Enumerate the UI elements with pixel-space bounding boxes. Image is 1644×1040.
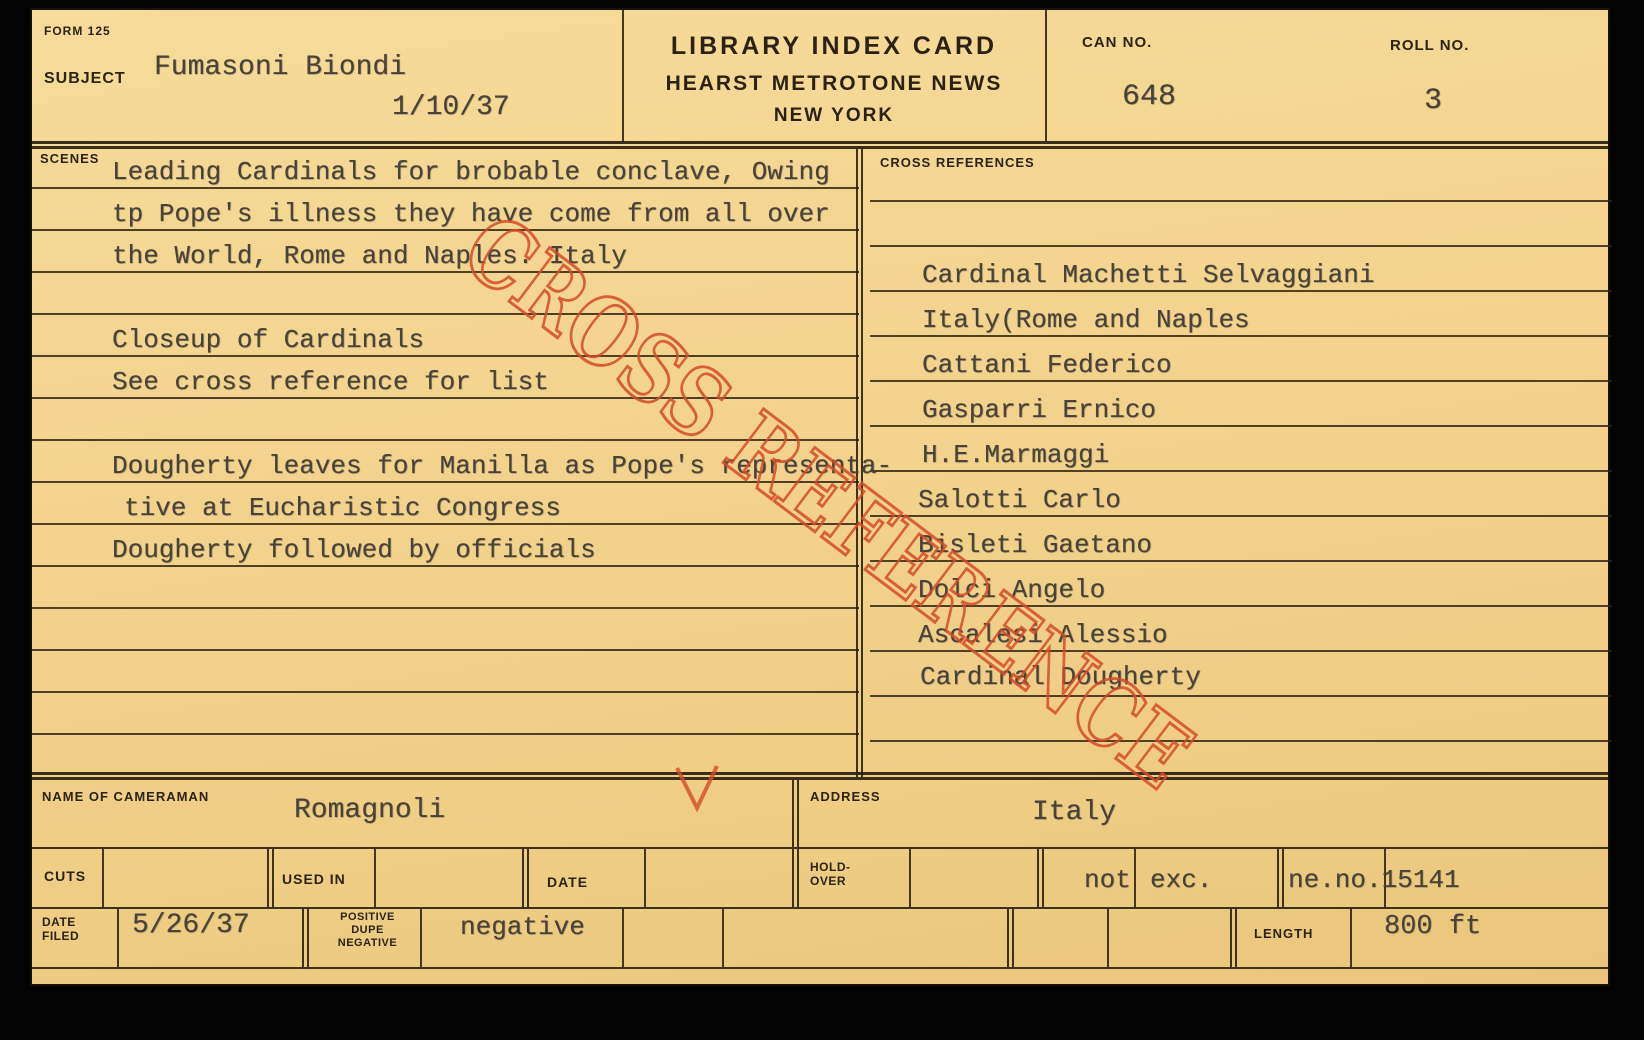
negative-value: negative	[460, 912, 585, 942]
holdover-label: HOLD- OVER	[810, 860, 851, 888]
cuts-cell-line	[1277, 849, 1284, 907]
cuts-label: CUTS	[44, 868, 86, 884]
date-filed-label-line2: FILED	[42, 929, 79, 943]
cross-reference-entry: Bisleti Gaetano	[918, 530, 1152, 560]
card-city: NEW YORK	[624, 105, 1044, 127]
cross-reference-entry: Ascalesi Alessio	[918, 620, 1168, 650]
filed-row-rule	[32, 967, 1608, 969]
can-no-value: 648	[1122, 80, 1176, 114]
negative-number-value: ne.no.15141	[1288, 865, 1460, 895]
filed-cell-line	[420, 909, 422, 967]
filed-cell-line	[302, 909, 309, 967]
can-no-label: CAN NO.	[1082, 34, 1152, 51]
cameraman-label: NAME OF CAMERAMAN	[42, 789, 209, 804]
form-number-label: FORM 125	[44, 24, 111, 38]
length-label: LENGTH	[1254, 926, 1313, 941]
scenes-line: the World, Rome and Naples. Italy	[112, 241, 627, 271]
positive-label-line2: DUPE	[320, 924, 415, 937]
address-value: Italy	[1032, 797, 1116, 828]
roll-no-label: ROLL NO.	[1390, 37, 1469, 54]
roll-no-value: 3	[1424, 84, 1442, 118]
scenes-line: See cross reference for list	[112, 367, 549, 397]
cross-reference-entry: Gasparri Ernico	[922, 395, 1156, 425]
scenes-line: tp Pope's illness they have come from al…	[112, 199, 830, 229]
address-label: ADDRESS	[810, 789, 881, 804]
cross-reference-entry: Salotti Carlo	[918, 485, 1121, 515]
cuts-cell-line	[792, 849, 799, 907]
date-filed-label: DATE FILED	[42, 915, 79, 943]
used-in-label: USED IN	[282, 871, 346, 887]
filed-cell-line	[622, 909, 624, 967]
cuts-row-rule	[32, 907, 1608, 909]
filed-cell-line	[117, 909, 119, 967]
filed-cell-line	[1107, 909, 1109, 967]
scenes-line: Closeup of Cardinals	[112, 325, 424, 355]
cuts-cell-line	[522, 849, 529, 907]
cuts-cell-line	[644, 849, 646, 907]
scenes-line: Dougherty followed by officials	[112, 535, 596, 565]
cuts-cell-line	[909, 849, 911, 907]
subject-date-value: 1/10/37	[392, 92, 510, 123]
cross-reference-entry: Cardinal Machetti Selvaggiani	[922, 260, 1374, 290]
card-title-block: LIBRARY INDEX CARD HEARST METROTONE NEWS…	[624, 32, 1044, 127]
cross-reference-entry: Cardinal Dougherty	[920, 662, 1201, 692]
date-filed-label-line1: DATE	[42, 915, 79, 929]
cuts-cell-line	[267, 849, 274, 907]
subject-value: Fumasoni Biondi	[154, 52, 406, 83]
positive-label-line3: NEGATIVE	[320, 937, 415, 950]
cameraman-value: Romagnoli	[294, 795, 445, 826]
positive-dupe-negative-label: POSITIVE DUPE NEGATIVE	[320, 911, 415, 950]
filed-cell-line	[1007, 909, 1014, 967]
scenes-line: Leading Cardinals for brobable conclave,…	[112, 157, 830, 187]
positive-label-line1: POSITIVE	[320, 911, 415, 924]
filed-cell-line	[1230, 909, 1237, 967]
cross-reference-entry: H.E.Marmaggi	[922, 440, 1109, 470]
date-filed-value: 5/26/37	[132, 910, 250, 941]
header-divider-2	[1045, 10, 1047, 142]
scenes-label: SCENES	[40, 151, 99, 166]
cuts-cell-line	[1037, 849, 1044, 907]
filed-cell-line	[722, 909, 724, 967]
card-title: LIBRARY INDEX CARD	[624, 32, 1044, 61]
length-value: 800 ft	[1384, 912, 1481, 942]
cuts-cell-line	[102, 849, 104, 907]
scenes-ruled-lines	[32, 147, 859, 737]
library-index-card: FORM 125 SUBJECT Fumasoni Biondi 1/10/37…	[30, 8, 1610, 986]
scan-background: { "header": { "form_label": "FORM 125", …	[0, 0, 1644, 1040]
cross-reference-entry: Dolci Angelo	[918, 575, 1105, 605]
holdover-not-value: not	[1084, 865, 1131, 895]
cross-references-label: CROSS REFERENCES	[880, 155, 1035, 170]
cuts-cell-line	[374, 849, 376, 907]
date-label: DATE	[547, 874, 588, 890]
body-bottom-rule	[32, 772, 1608, 780]
scenes-line: tive at Eucharistic Congress	[124, 493, 561, 523]
cuts-cell-line	[1134, 849, 1136, 907]
scenes-line: Dougherty leaves for Manilla as Pope's r…	[112, 451, 892, 481]
holdover-label-line1: HOLD-	[810, 860, 851, 874]
cross-reference-entry: Cattani Federico	[922, 350, 1172, 380]
filed-cell-line	[1350, 909, 1352, 967]
holdover-exc-value: exc.	[1150, 865, 1212, 895]
card-organization: HEARST METROTONE NEWS	[624, 72, 1044, 96]
subject-label: SUBJECT	[44, 70, 126, 88]
cameraman-address-divider	[792, 780, 799, 847]
holdover-label-line2: OVER	[810, 874, 851, 888]
cross-reference-entry: Italy(Rome and Naples	[922, 305, 1250, 335]
